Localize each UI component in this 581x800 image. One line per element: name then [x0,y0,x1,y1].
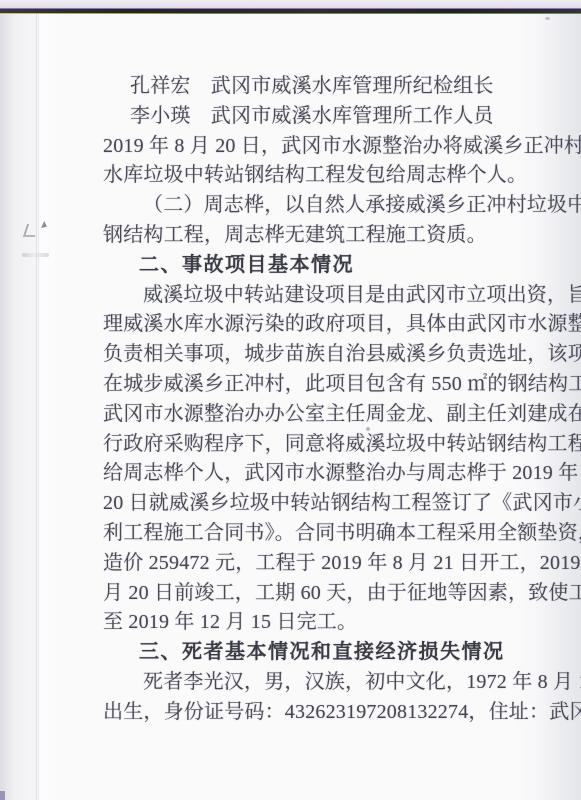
text-line: 李小瑛 武冈市威溪水库管理所工作人员 [103,102,555,132]
text-line: 死者李光汉，男，汉族，初中文化，1972 年 8 月 13 日 [103,668,555,698]
text-line: （二）周志桦，以自然人承接威溪乡正冲村垃圾中转站 [103,191,555,221]
scanned-page: 孔祥宏 武冈市威溪水库管理所纪检组长李小瑛 武冈市威溪水库管理所工作人员2019… [0,0,581,800]
scan-top-margin [0,0,581,8]
document-text: 孔祥宏 武冈市威溪水库管理所纪检组长李小瑛 武冈市威溪水库管理所工作人员2019… [103,72,555,728]
scan-edge-mark [0,791,5,800]
text-line: 出生，身份证号码：432623197208132274，住址：武冈市文 [103,698,555,728]
text-line: 理威溪水库水源污染的政府项目，具体由武冈市水源整治办 [103,310,555,340]
scan-speck [545,17,550,20]
text-line: 威溪垃圾中转站建设项目是由武冈市立项出资，旨在治 [103,281,555,311]
text-line: 2019 年 8 月 20 日，武冈市水源整治办将威溪乡正冲村威溪 [103,132,555,162]
text-line: 利工程施工合同书》。合同书明确本工程采用全额垫资，总 [103,519,555,549]
text-line: 负责相关事项，城步苗族自治县威溪乡负责选址，该项目建 [103,340,555,370]
text-line: 20 日就威溪乡垃圾中转站钢结构工程签订了《武冈市小型水 [103,489,555,519]
pen-smudge [22,253,49,257]
text-line: 在城步威溪乡正冲村，此项目包含有 550 ㎡的钢结构工程。 [103,370,555,400]
text-line: 行政府采购程序下，同意将威溪垃圾中转站钢结构工程发包 [103,430,555,460]
text-line: 至 2019 年 12 月 15 日完工。 [103,608,555,638]
text-line: 月 20 日前竣工，工期 60 天，由于征地等因素，致使工期拖 [103,579,555,609]
text-line: 武冈市水源整治办办公室主任周金龙、副主任刘建成在未履 [103,400,555,430]
section-heading: 二、事故项目基本情况 [103,251,555,281]
text-line: 钢结构工程，周志桦无建筑工程施工资质。 [103,221,555,251]
pen-mark [40,221,47,228]
section-heading: 三、死者基本情况和直接经济损失情况 [103,638,555,668]
paper-fold-line [36,14,39,800]
text-line: 水库垃圾中转站钢结构工程发包给周志桦个人。 [103,161,555,191]
page-top-edge [0,8,581,14]
text-line: 给周志桦个人，武冈市水源整治办与周志桦于 2019 年 8 月 [103,459,555,489]
text-line: 造价 259472 元，工程于 2019 年 8 月 21 日开工，2019 年… [103,549,555,579]
text-line: 孔祥宏 武冈市威溪水库管理所纪检组长 [103,72,555,102]
